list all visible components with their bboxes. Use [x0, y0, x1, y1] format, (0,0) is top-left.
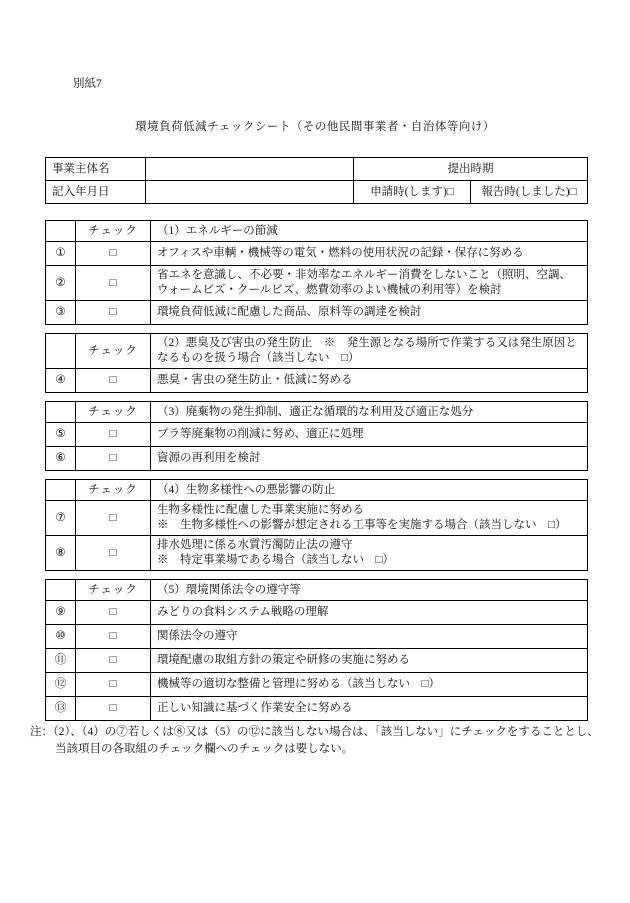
item-note-text: ※ 特定事業場である場合（該当しない □） — [157, 553, 581, 568]
section-title: （5）環境関係法令の遵守等 — [151, 580, 588, 601]
section-header-row: チェック （2）悪臭及び害虫の発生防止 ※ 発生源となる場所で作業する又は発生原… — [46, 334, 588, 369]
checkbox-item-12[interactable]: □ — [76, 673, 151, 697]
info-table: 事業主体名 提出時期 記入年月日 申請時(します)□ 報告時(しました)□ — [45, 157, 588, 204]
table-row: ④ □ 悪臭・害虫の発生防止・低減に努める — [46, 369, 588, 393]
checkbox-icon: □ — [110, 452, 117, 464]
section-header-row: チェック （5）環境関係法令の遵守等 — [46, 580, 588, 601]
checkbox-item-6[interactable]: □ — [76, 447, 151, 471]
checkbox-icon: □ — [110, 512, 117, 524]
section-1-table: チェック （1）エネルギーの節減 ① □ オフィスや車輌・機械等の電気・燃料の使… — [45, 220, 588, 325]
checkbox-icon: □ — [110, 630, 117, 642]
item-number: ② — [46, 266, 76, 301]
entry-date-label: 記入年月日 — [46, 181, 146, 204]
item-number: ⑫ — [46, 673, 76, 697]
report-time-checkbox[interactable]: 報告時(しました)□ — [471, 181, 588, 204]
item-text: 悪臭・害虫の発生防止・低減に努める — [151, 369, 588, 393]
page-title: 環境負荷低減チェックシート（その他民間事業者・自治体等向け） — [0, 120, 630, 134]
section-4-table: チェック （4）生物多様性への悪影響の防止 ⑦ □ 生物多様性に配慮した事業実施… — [45, 479, 588, 571]
checkbox-icon: □ — [110, 247, 117, 259]
item-number: ⑥ — [46, 447, 76, 471]
item-text: 機械等の適切な整備と管理に努める（該当しない □） — [151, 673, 588, 697]
item-text: 資源の再利用を検討 — [151, 447, 588, 471]
application-time-checkbox[interactable]: 申請時(します)□ — [354, 181, 471, 204]
table-row: ⑥ □ 資源の再利用を検討 — [46, 447, 588, 471]
item-text: 環境配慮の取組方針の策定や研修の実施に努める — [151, 649, 588, 673]
table-row: ⑪ □ 環境配慮の取組方針の策定や研修の実施に努める — [46, 649, 588, 673]
section-2-table: チェック （2）悪臭及び害虫の発生防止 ※ 発生源となる場所で作業する又は発生原… — [45, 333, 588, 393]
section-header-row: チェック （4）生物多様性への悪影響の防止 — [46, 480, 588, 501]
item-text: オフィスや車輌・機械等の電気・燃料の使用状況の記録・保存に努める — [151, 242, 588, 266]
table-row: 記入年月日 申請時(します)□ 報告時(しました)□ — [46, 181, 588, 204]
section-header-row: チェック （1）エネルギーの節減 — [46, 221, 588, 242]
checkbox-item-7[interactable]: □ — [76, 501, 151, 536]
item-text: みどりの食料システム戦略の理解 — [151, 601, 588, 625]
entry-date-field[interactable] — [146, 181, 354, 204]
table-row: ① □ オフィスや車輌・機械等の電気・燃料の使用状況の記録・保存に努める — [46, 242, 588, 266]
empty-cell — [46, 480, 76, 501]
table-row: ② □ 省エネを意識し、不必要・非効率なエネルギー消費をしないこと（照明、空調、… — [46, 266, 588, 301]
table-row: ⑧ □ 排水処理に係る水質汚濁防止法の遵守 ※ 特定事業場である場合（該当しない… — [46, 536, 588, 571]
footnote: 注：（2）、（4）の⑦若しくは⑧又は（5）の⑫に該当しない場合は、「該当しない」… — [30, 724, 602, 758]
item-number: ⑧ — [46, 536, 76, 571]
table-row: ③ □ 環境負荷低減に配慮した商品、原料等の調達を検討 — [46, 301, 588, 325]
checkbox-icon: □ — [110, 678, 117, 690]
document-page: 別紙7 環境負荷低減チェックシート（その他民間事業者・自治体等向け） 事業主体名… — [0, 0, 630, 903]
check-column-header: チェック — [76, 480, 151, 501]
table-row: 事業主体名 提出時期 — [46, 158, 588, 181]
item-text: 正しい知識に基づく作業安全に努める — [151, 697, 588, 721]
section-3-table: チェック （3）廃棄物の発生抑制、適正な循環的な利用及び適正な処分 ⑤ □ プラ… — [45, 401, 588, 471]
checkbox-icon: □ — [110, 606, 117, 618]
item-main-text: 生物多様性に配慮した事業実施に努める — [157, 503, 581, 518]
item-text: 生物多様性に配慮した事業実施に努める ※ 生物多様性への影響が想定される工事等を… — [151, 501, 588, 536]
table-row: ⑩ □ 関係法令の遵守 — [46, 625, 588, 649]
section-5-table: チェック （5）環境関係法令の遵守等 ⑨ □ みどりの食料システム戦略の理解 ⑩… — [45, 579, 588, 721]
check-column-header: チェック — [76, 580, 151, 601]
content-area: 事業主体名 提出時期 記入年月日 申請時(します)□ 報告時(しました)□ チェ… — [45, 157, 588, 721]
checkbox-item-4[interactable]: □ — [76, 369, 151, 393]
checkbox-icon: □ — [110, 547, 117, 559]
section-title: （4）生物多様性への悪影響の防止 — [151, 480, 588, 501]
attachment-label: 別紙7 — [73, 77, 102, 91]
item-number: ⑪ — [46, 649, 76, 673]
table-row: ⑫ □ 機械等の適切な整備と管理に努める（該当しない □） — [46, 673, 588, 697]
table-row: ⑦ □ 生物多様性に配慮した事業実施に努める ※ 生物多様性への影響が想定される… — [46, 501, 588, 536]
checkbox-item-2[interactable]: □ — [76, 266, 151, 301]
empty-cell — [46, 221, 76, 242]
item-number: ⑤ — [46, 423, 76, 447]
section-title: （2）悪臭及び害虫の発生防止 ※ 発生源となる場所で作業する又は発生原因となるも… — [151, 334, 588, 369]
checkbox-icon: □ — [110, 277, 117, 289]
check-column-header: チェック — [76, 402, 151, 423]
checkbox-item-11[interactable]: □ — [76, 649, 151, 673]
item-number: ④ — [46, 369, 76, 393]
checkbox-item-9[interactable]: □ — [76, 601, 151, 625]
footnote-label: 注： — [30, 726, 53, 738]
checkbox-item-5[interactable]: □ — [76, 423, 151, 447]
checkbox-item-8[interactable]: □ — [76, 536, 151, 571]
item-main-text: 排水処理に係る水質汚濁防止法の遵守 — [157, 538, 581, 553]
business-name-label: 事業主体名 — [46, 158, 146, 181]
empty-cell — [46, 402, 76, 423]
checkbox-item-13[interactable]: □ — [76, 697, 151, 721]
item-text: 環境負荷低減に配慮した商品、原料等の調達を検討 — [151, 301, 588, 325]
checkbox-item-1[interactable]: □ — [76, 242, 151, 266]
submission-period-label: 提出時期 — [354, 158, 588, 181]
checkbox-icon: □ — [110, 374, 117, 386]
item-number: ⑩ — [46, 625, 76, 649]
footnote-text: （2）、（4）の⑦若しくは⑧又は（5）の⑫に該当しない場合は、「該当しない」にチ… — [53, 726, 599, 755]
empty-cell — [46, 334, 76, 369]
item-number: ③ — [46, 301, 76, 325]
section-title: （1）エネルギーの節減 — [151, 221, 588, 242]
section-title: （3）廃棄物の発生抑制、適正な循環的な利用及び適正な処分 — [151, 402, 588, 423]
check-column-header: チェック — [76, 221, 151, 242]
checkbox-icon: □ — [110, 306, 117, 318]
item-number: ⑨ — [46, 601, 76, 625]
checkbox-icon: □ — [110, 654, 117, 666]
business-name-field[interactable] — [146, 158, 354, 181]
checkbox-icon: □ — [110, 428, 117, 440]
check-column-header: チェック — [76, 334, 151, 369]
checkbox-icon: □ — [110, 702, 117, 714]
section-header-row: チェック （3）廃棄物の発生抑制、適正な循環的な利用及び適正な処分 — [46, 402, 588, 423]
item-note-text: ※ 生物多様性への影響が想定される工事等を実施する場合（該当しない □） — [157, 518, 581, 533]
table-row: ⑨ □ みどりの食料システム戦略の理解 — [46, 601, 588, 625]
item-text: 排水処理に係る水質汚濁防止法の遵守 ※ 特定事業場である場合（該当しない □） — [151, 536, 588, 571]
table-row: ⑬ □ 正しい知識に基づく作業安全に努める — [46, 697, 588, 721]
item-number: ① — [46, 242, 76, 266]
empty-cell — [46, 580, 76, 601]
item-text: 関係法令の遵守 — [151, 625, 588, 649]
item-number: ⑦ — [46, 501, 76, 536]
item-text: プラ等廃棄物の削減に努め、適正に処理 — [151, 423, 588, 447]
table-row: ⑤ □ プラ等廃棄物の削減に努め、適正に処理 — [46, 423, 588, 447]
checkbox-item-3[interactable]: □ — [76, 301, 151, 325]
item-text: 省エネを意識し、不必要・非効率なエネルギー消費をしないこと（照明、空調、ウォーム… — [151, 266, 588, 301]
item-number: ⑬ — [46, 697, 76, 721]
checkbox-item-10[interactable]: □ — [76, 625, 151, 649]
